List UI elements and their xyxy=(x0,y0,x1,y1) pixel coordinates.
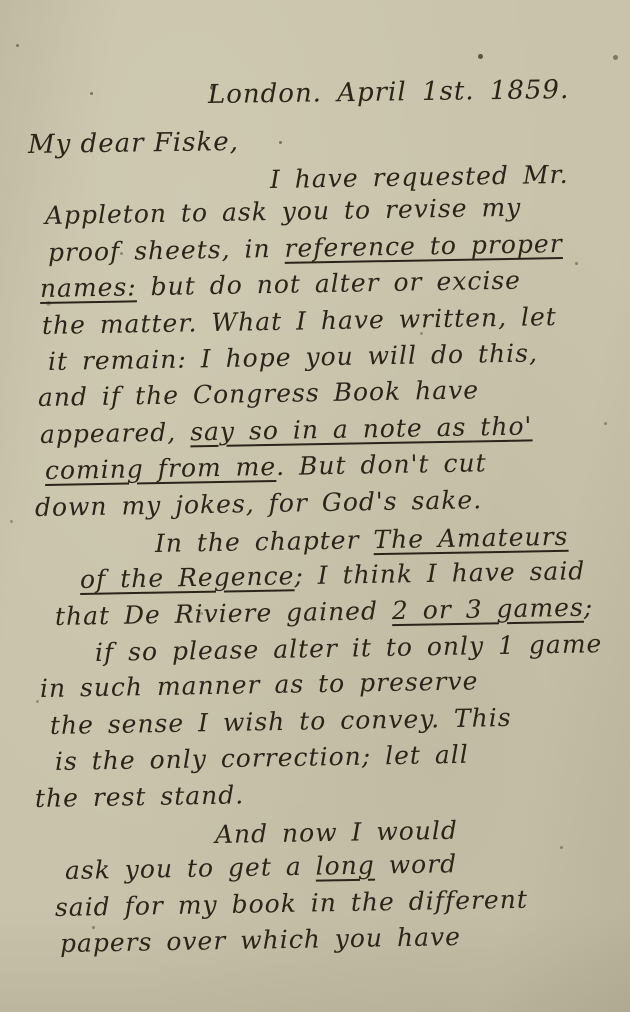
letter-text: In the chapter xyxy=(155,525,374,558)
letter-text: the rest stand. xyxy=(35,780,245,813)
underlined-text: The Amateurs xyxy=(373,522,568,554)
underlined-text: of the Regence xyxy=(80,562,295,595)
underlined-text: reference to proper xyxy=(284,229,563,263)
letter-text: is the only correction; let all xyxy=(55,740,469,776)
letter-body: I have requested Mr.Appleton to ask you … xyxy=(30,165,620,966)
letter-text: papers over which you have xyxy=(60,922,461,958)
underlined-text: coming from me xyxy=(45,452,277,485)
letter-text: . But don't cut xyxy=(276,448,487,481)
letter-text: appeared, xyxy=(40,417,191,449)
letter-text: ; I think I have said xyxy=(294,556,585,590)
underlined-text: say so in a note as tho' xyxy=(190,411,533,446)
paper-speckles xyxy=(0,0,3,3)
letter-text: and if the Congress Book have xyxy=(38,376,480,413)
letter-text: but do not alter or excise xyxy=(136,266,521,302)
letter-text: that De Riviere gained xyxy=(55,596,392,631)
letter-page: London. April 1st. 1859. My dear Fiske, … xyxy=(0,0,630,1012)
letter-dateline: London. April 1st. 1859. xyxy=(208,75,570,110)
letter-text: proof sheets, in xyxy=(48,234,285,267)
letter-text: Appleton to ask you to revise my xyxy=(45,193,522,230)
letter-text: word xyxy=(375,850,458,880)
letter-text: I have requested Mr. xyxy=(270,160,569,194)
letter-salutation: My dear Fiske, xyxy=(28,127,239,160)
underlined-text: names: xyxy=(40,272,137,303)
letter-text: ; xyxy=(584,592,594,621)
underlined-text: long xyxy=(315,851,375,881)
underlined-text: 2 or 3 games xyxy=(392,592,584,624)
letter-text: ask you to get a xyxy=(65,852,316,885)
letter-text: And now I would xyxy=(215,816,458,849)
letter-text: in such manner as to preserve xyxy=(40,667,479,704)
